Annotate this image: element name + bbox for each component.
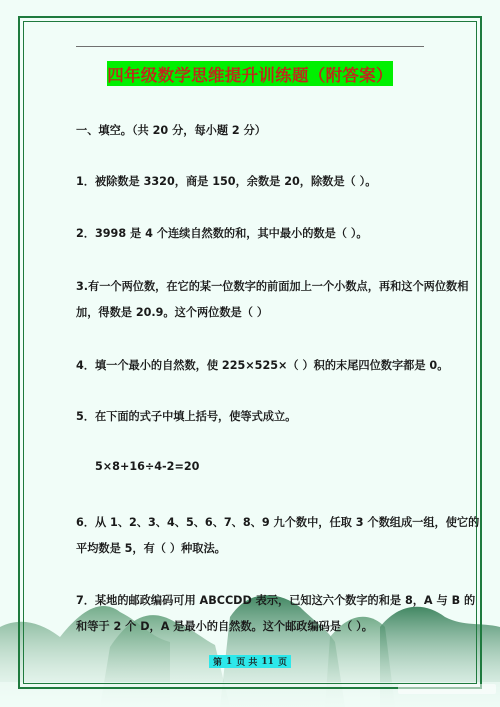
question-3-line-2: 加，得数是 20.9。这个两位数是（ ）	[76, 304, 268, 320]
title-banner: 四年级数学思维提升训练题（附答案）	[107, 61, 393, 86]
question-6-line-2: 平均数是 5，有（ ）种取法。	[76, 540, 226, 556]
page-label-prefix: 第	[213, 655, 222, 668]
watermark	[398, 684, 496, 694]
question-5-expression: 5×8+16÷4-2=20	[95, 460, 199, 473]
page-label-mid: 页 共	[236, 655, 257, 668]
header-rule	[76, 46, 424, 47]
document-title: 四年级数学思维提升训练题（附答案）	[107, 62, 393, 86]
page-current: 1	[226, 657, 232, 667]
question-1: 1．被除数是 3320，商是 150，余数是 20，除数是（ ）。	[76, 173, 376, 189]
page-indicator: 第 1 页 共 11 页	[209, 655, 291, 668]
question-4: 4．填一个最小的自然数，使 225×525×（ ）积的末尾四位数字都是 0。	[76, 357, 448, 373]
page-total: 11	[261, 657, 274, 667]
question-3-line-1: 3.有一个两位数，在它的某一位数字的前面加上一个小数点，再和这个两位数相	[76, 278, 468, 294]
question-5: 5．在下面的式子中填上括号，使等式成立。	[76, 408, 296, 424]
page-border-inner	[23, 21, 477, 684]
page-label-suffix: 页	[278, 655, 287, 668]
question-7-line-2: 和等于 2 个 D，A 是最小的自然数。这个邮政编码是（ ）。	[76, 618, 373, 634]
question-2: 2．3998 是 4 个连续自然数的和，其中最小的数是（ ）。	[76, 225, 368, 241]
question-6-line-1: 6．从 1、2、3、4、5、6、7、8、9 九个数中，任取 3 个数组成一组，使…	[76, 514, 479, 530]
question-7-line-1: 7．某地的邮政编码可用 ABCCDD 表示，已知这六个数字的和是 8，A 与 B…	[76, 592, 475, 608]
section-heading: 一、填空。（共 20 分，每小题 2 分）	[76, 122, 266, 138]
